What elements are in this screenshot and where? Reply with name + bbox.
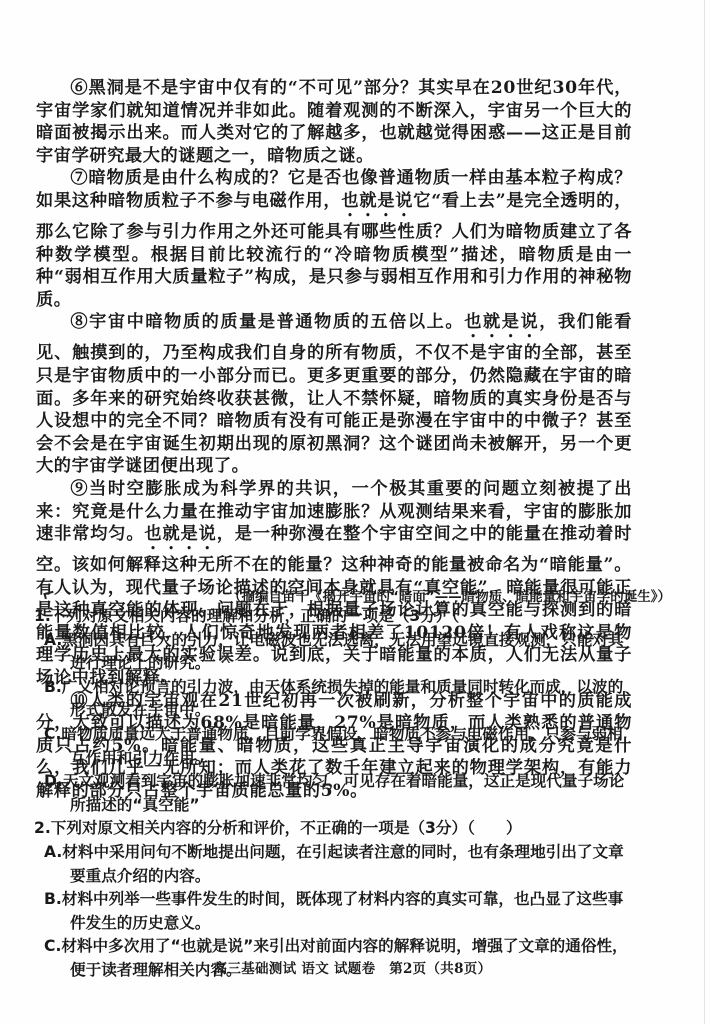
- emphasized-phrase: 也就是说: [144, 524, 216, 544]
- paragraph-6: ⑥黑洞是不是宇宙中仅有的“不可见”部分？其实早在20世纪30年代，宇宙学家们就知…: [36, 77, 632, 167]
- question-stem: 2.下列对原文相关内容的分析和评价，不正确的一项是（3分）（ ）: [34, 817, 638, 841]
- emphasized-phrase: 也就是说: [464, 312, 539, 332]
- paragraph-7: ⑦暗物质是由什么构成的？它是否也像普通物质一样由基本粒子构成？如果这种暗物质粒子…: [36, 167, 632, 311]
- question-1: 1.下列对原文相关内容的理解和分析，正确的一项是（3分）（ A.黑洞因其有巨大的…: [34, 605, 638, 817]
- option-b[interactable]: B.材料中列举一些事件发生的时间，既体现了材料内容的真实可靠，也凸显了这些事件发…: [34, 888, 638, 935]
- emphasized-phrase: 也就是说: [341, 191, 413, 211]
- option-d[interactable]: D.天文观测看到宇宙的膨胀加速非常均匀，可见存在着暗能量，这正是现代量子场论所描…: [34, 770, 638, 817]
- option-a[interactable]: A.材料中采用问句不断地提出问题，在引起读者注意的同时，也有条理地引出了文章要重…: [34, 841, 638, 888]
- option-c[interactable]: C.暗物质质量远大于普通物质，目前学界假设，暗物质不参与电磁作用，只参与弱相互作…: [34, 723, 638, 770]
- question-stem: 1.下列对原文相关内容的理解和分析，正确的一项是（3分）（: [34, 605, 638, 629]
- questions-section: 1.下列对原文相关内容的理解和分析，正确的一项是（3分）（ A.黑洞因其有巨大的…: [34, 605, 638, 983]
- source-citation: （摘编自苗千《揭开宇宙的“暗面”——暗物质、暗能量和宇宙学的诞生》）: [228, 585, 671, 605]
- paragraph-8: ⑧宇宙中暗物质的质量是普通物质的五倍以上。也就是说，我们能看见、触摸到的，乃至构…: [36, 311, 632, 478]
- handwritten-x-mark: X: [221, 651, 231, 667]
- option-b[interactable]: B.广义相对论预言的引力波，由天体系统损失掉的能量和质量同时转化而成，以波的形式…: [34, 676, 638, 723]
- exam-page: ⑥黑洞是不是宇宙中仅有的“不可见”部分？其实早在20世纪30年代，宇宙学家们就知…: [0, 0, 705, 1024]
- option-a[interactable]: A.黑洞因其有巨大的引力，让电磁波也无法逃离，无法用望远镜直接观测，只能对其进行…: [34, 629, 638, 676]
- page-footer: 高三基础测试 语文 试题卷 第2页（共8页）: [0, 957, 705, 977]
